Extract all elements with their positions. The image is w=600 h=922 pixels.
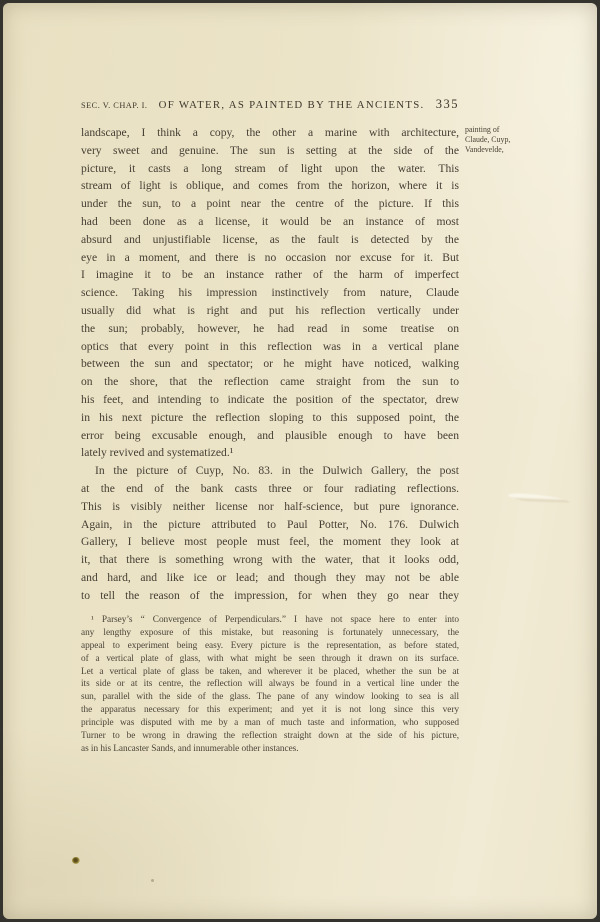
text-line: to tell the reason of the impression, fo… xyxy=(81,587,459,605)
text-line: science. Taking his impression instincti… xyxy=(81,284,459,302)
text-line: Gallery, I believe most people must feel… xyxy=(81,533,459,551)
text-line: it, that there is something wrong with t… xyxy=(81,551,459,569)
text-line: between the sun and spectator; or he mig… xyxy=(81,355,459,373)
margin-note: painting ofClaude, Cuyp,Vandevelde, xyxy=(465,125,543,155)
text-line: landscape, I think a copy, the other a m… xyxy=(81,124,459,142)
text-line: under the sun, to a point near the centr… xyxy=(81,195,459,213)
text-line: the apparatus necessary for this experim… xyxy=(81,704,459,717)
page-number: 335 xyxy=(436,97,459,112)
paragraph-2: In the picture of Cuyp, No. 83. in the D… xyxy=(81,462,459,604)
text-line: had been done as a license, it would be … xyxy=(81,213,459,231)
book-page: SEC. V. CHAP. I. OF WATER, AS PAINTED BY… xyxy=(3,3,597,919)
text-line: Claude, Cuyp, xyxy=(465,135,543,145)
text-line: painting of xyxy=(465,125,543,135)
text-line: eye in a moment, and there is no occasio… xyxy=(81,249,459,267)
text-line: This is visibly neither license nor half… xyxy=(81,498,459,516)
text-line: usually did what is right and put his re… xyxy=(81,302,459,320)
footnote: ¹ Parsey’s “ Convergence of Perpendicula… xyxy=(81,614,459,756)
running-header: SEC. V. CHAP. I. OF WATER, AS PAINTED BY… xyxy=(81,97,459,112)
paragraph-1: landscape, I think a copy, the other a m… xyxy=(81,124,459,462)
text-line: error being excusable enough, and plausi… xyxy=(81,427,459,445)
text-line: lately revived and systematized.¹ xyxy=(81,444,459,462)
text-line: Vandevelde, xyxy=(465,145,543,155)
text-line: very sweet and genuine. The sun is setti… xyxy=(81,142,459,160)
paper-crease-mark xyxy=(508,491,571,506)
text-line: at the end of the bank casts three or fo… xyxy=(81,480,459,498)
text-line: appeal to experiment being easy. Every p… xyxy=(81,640,459,653)
text-line: its side or at its centre, the reflectio… xyxy=(81,678,459,691)
text-line: Turner to be wrong in drawing the reflec… xyxy=(81,730,459,743)
text-line: I imagine it to be an instance rather of… xyxy=(81,266,459,284)
text-line: in his next picture the reflection slopi… xyxy=(81,409,459,427)
text-line: optics that every point in this reflecti… xyxy=(81,338,459,356)
text-line: absurd and unjustifiable license, as the… xyxy=(81,231,459,249)
text-line: the sun; probably, however, he had read … xyxy=(81,320,459,338)
body-text: landscape, I think a copy, the other a m… xyxy=(81,124,459,605)
paper-speck xyxy=(151,879,154,882)
text-line: In the picture of Cuyp, No. 83. in the D… xyxy=(81,462,459,480)
text-line: ¹ Parsey’s “ Convergence of Perpendicula… xyxy=(81,614,459,627)
text-line: of a vertical plate of glass, with what … xyxy=(81,653,459,666)
text-line: sun, parallel with the side of the glass… xyxy=(81,691,459,704)
text-line: any lengthy exposure of this mistake, bu… xyxy=(81,627,459,640)
text-line: his feet, and intending to indicate the … xyxy=(81,391,459,409)
running-title: OF WATER, AS PAINTED BY THE ANCIENTS. xyxy=(159,99,425,111)
text-line: principle was disputed with me by a man … xyxy=(81,717,459,730)
text-line: as in his Lancaster Sands, and innumerab… xyxy=(81,743,459,756)
section-chapter-label: SEC. V. CHAP. I. xyxy=(81,101,147,110)
text-line: picture, it casts a long stream of light… xyxy=(81,160,459,178)
scanned-page: SEC. V. CHAP. I. OF WATER, AS PAINTED BY… xyxy=(0,0,600,922)
text-line: Let a vertical plate of glass be taken, … xyxy=(81,666,459,679)
text-line: Again, in the picture attributed to Paul… xyxy=(81,516,459,534)
text-line: and hard, and like ice or lead; and thou… xyxy=(81,569,459,587)
text-line: stream of light is oblique, and comes fr… xyxy=(81,177,459,195)
text-line: on the shore, that the reflection came s… xyxy=(81,373,459,391)
paper-speck xyxy=(72,857,80,864)
